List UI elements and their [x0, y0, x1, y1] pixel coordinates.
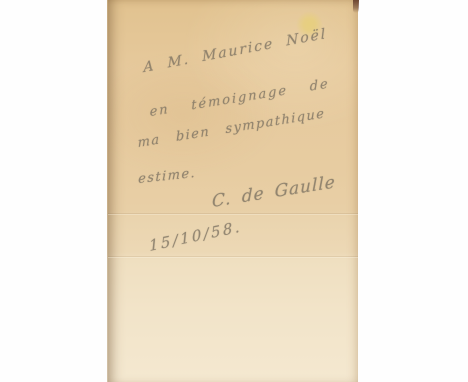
- inscription-date: 15/10/58.: [148, 217, 242, 255]
- signature: C. de Gaulle: [212, 172, 336, 212]
- page-edge-mark: [353, 0, 359, 13]
- paper-crease-upper: [108, 213, 358, 214]
- book-page: A M. Maurice Noël en témoignage de ma bi…: [107, 0, 358, 382]
- paper-crease-lower: [108, 256, 358, 257]
- inscription-line-4: estime.: [138, 166, 196, 187]
- inscription-line-recipient: A M. Maurice Noël: [143, 26, 328, 76]
- photo-background: A M. Maurice Noël en témoignage de ma bi…: [0, 0, 468, 382]
